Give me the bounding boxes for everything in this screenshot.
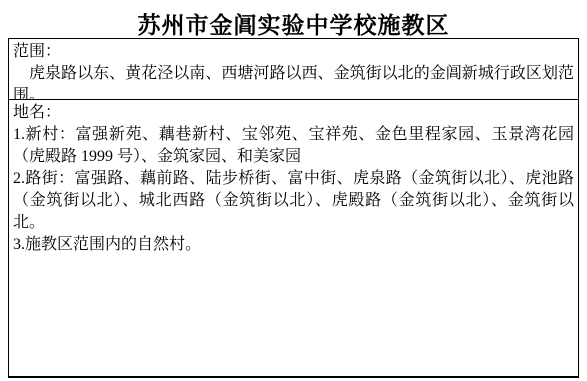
scope-paragraph: 虎泉路以东、黄花泾以南、西塘河路以西、金筑街以北的金阊新城行政区划范围。 bbox=[13, 63, 574, 100]
district-notice-document: 苏州市金阊实验中学校施教区 范围： 虎泉路以东、黄花泾以南、西塘河路以西、金筑街… bbox=[0, 0, 587, 381]
places-item-villages: 3.施教区范围内的自然村。 bbox=[13, 234, 574, 256]
table-row-scope: 范围： 虎泉路以东、黄花泾以南、西塘河路以西、金筑街以北的金阊新城行政区划范围。 bbox=[9, 39, 578, 100]
places-item-residential: 1.新村：富强新苑、藕巷新村、宝邻苑、宝祥苑、金色里程家园、玉景湾花园（虎殿路 … bbox=[13, 124, 574, 168]
district-table: 范围： 虎泉路以东、黄花泾以南、西塘河路以西、金筑街以北的金阊新城行政区划范围。… bbox=[8, 38, 579, 378]
scope-label: 范围： bbox=[13, 41, 574, 63]
places-item-streets: 2.路街：富强路、藕前路、陆步桥街、富中街、虎泉路（金筑街以北）、虎池路（金筑街… bbox=[13, 168, 574, 234]
places-label: 地名： bbox=[13, 102, 574, 124]
page-title: 苏州市金阊实验中学校施教区 bbox=[0, 0, 587, 40]
table-row-places: 地名： 1.新村：富强新苑、藕巷新村、宝邻苑、宝祥苑、金色里程家园、玉景湾花园（… bbox=[9, 100, 578, 377]
